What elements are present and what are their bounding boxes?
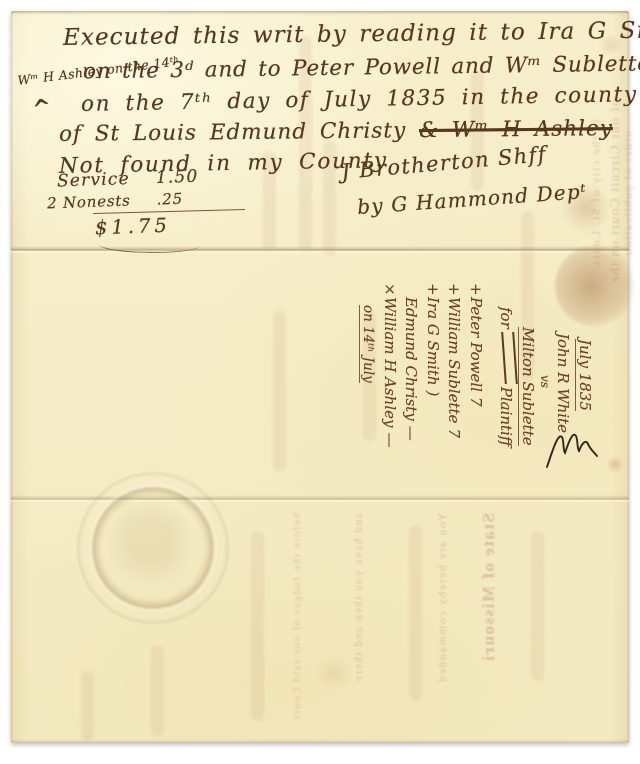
fee-service-label: Service [57,169,131,192]
fee-total-flourish [99,240,199,254]
ink-stain [311,659,357,687]
fee-nonest-row: 2 Nonests.25 [47,190,183,213]
docket-footnote: on 14ᵗʰ July [357,283,379,478]
insertion-caret: ^ [30,93,53,122]
fee-service-row: Service1.50 [57,167,199,192]
scanned-document: of our Circuit Court on the in the city … [0,0,640,764]
docket-name-row: Edmund Christy— [400,283,422,478]
docket-footnote-text: on 14ᵗʰ July [360,305,377,383]
served-suffix: — [381,432,399,447]
fee-nonest-amount: .25 [156,190,183,209]
bleedthrough-streak [409,526,422,701]
served-suffix: 7 [467,397,485,407]
embossed-seal [77,472,229,624]
return-line-4: of St Louis Edmund Christy & Wᵐ H Ashley [59,116,613,147]
service-mark: + [443,283,465,297]
served-suffix: ) [424,391,442,397]
bleedthrough-streak [273,311,286,471]
served-suffix: 7 [446,428,464,438]
docket-name-row: ×William H Ashley— [379,283,401,478]
served-name: Ira G Smith [424,297,442,386]
service-mark: × [379,283,401,297]
docket-name-row: +Peter Powell7 [465,283,487,478]
struck-out-name: & Wᵐ H Ashley [419,116,613,143]
service-mark: + [422,283,444,297]
service-mark: + [465,283,487,297]
fee-service-amount: 1.50 [155,167,198,188]
docket-spacer [486,283,495,478]
served-name: Peter Powell [467,297,485,392]
docket-name-row: +William Sublette7 [443,283,465,478]
bleedthrough-text: You are hereby commanded [435,513,450,725]
return-line-4-text: of St Louis Edmund Christy [59,118,419,147]
served-name: William H Ashley [381,297,399,427]
bleedthrough-streak [251,531,264,721]
bleedthrough-streak [151,646,164,736]
bleedthrough-text: and have you then and there [353,513,365,725]
struck-word-scribble [502,332,519,384]
document-page: of our Circuit Court on the in the city … [11,11,629,743]
bleedthrough-text: order of publication [621,131,636,356]
docket-for-prefix: for [498,307,516,329]
served-suffix: — [403,426,421,441]
bleedthrough-text-blackletter: State of Missouri [479,513,499,693]
fee-total: $1.75 [95,214,172,240]
bleedthrough-streak [531,531,544,681]
served-name: William Sublette [446,297,464,423]
bleedthrough-streak [81,671,94,741]
docket-defendant: Milton Sublette [517,283,539,478]
docket-for-suffix: Plaintiff [498,387,516,447]
docket-term-text: July 1835 [575,339,594,411]
bleedthrough-text: before the Judges of our said Court [291,513,303,743]
docket-name-row: +Ira G Smith) [422,283,444,478]
served-name: Edmund Christy [403,297,421,421]
fee-nonest-label: 2 Nonests [47,191,131,212]
docket-defendant-text: Milton Sublette [518,327,537,446]
return-line-3: on the 7ᵗʰ day of July 1835 in the count… [81,82,638,117]
ink-stain [605,457,625,472]
docket-for-line: forPlaintiff [495,283,517,478]
return-line-1: Executed this writ by reading it to Ira … [63,17,640,51]
pen-squiggle-mark [543,423,601,477]
